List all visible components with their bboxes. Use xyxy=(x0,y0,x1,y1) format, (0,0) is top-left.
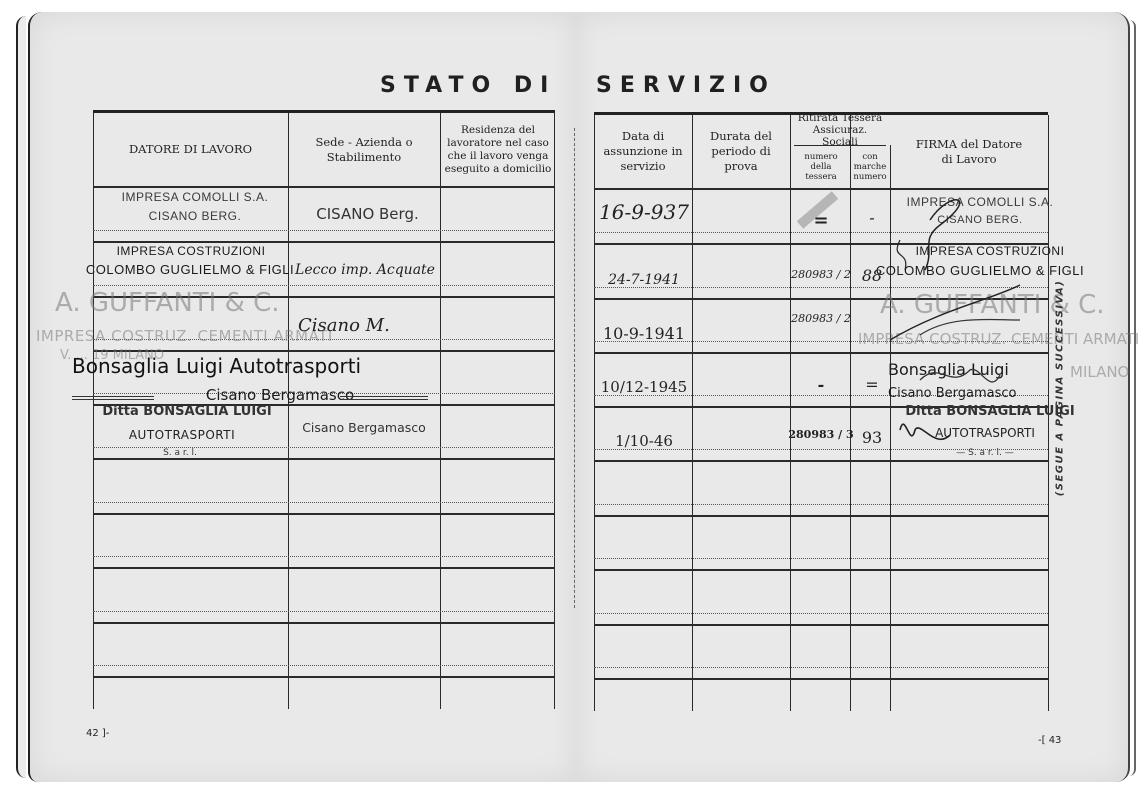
row-dotted-line xyxy=(93,611,555,612)
row-dotted-line xyxy=(594,504,1048,505)
row-line xyxy=(93,567,555,569)
card-number-row-5: 280983 / 3 xyxy=(792,428,850,441)
column-divider xyxy=(692,115,693,711)
hire-date-row-4: 10/12-1945 xyxy=(596,378,692,396)
row-line xyxy=(93,186,555,188)
card-number-row-3: 280983 / 2 xyxy=(792,312,850,325)
header-site: Sede - Azienda o Stabilimento xyxy=(293,113,435,186)
page-title-right: SERVIZIO xyxy=(596,73,776,98)
row-line xyxy=(594,515,1048,517)
header-date: Data di assunzione in servizio xyxy=(594,115,692,188)
stamp-rule-right xyxy=(340,396,428,400)
continued-note: (SEGUE A PAGINA SUCCESSIVA) xyxy=(1050,228,1070,548)
site-cisano-m: Cisano M. xyxy=(298,315,438,336)
header-card-number: numero della tessera xyxy=(792,147,850,187)
site-cisano-bergamasco: Cisano Bergamasco xyxy=(284,420,444,435)
row-line xyxy=(594,569,1048,571)
header-residence: Residenza del lavoratore nel caso che il… xyxy=(443,113,553,186)
row-dotted-line xyxy=(93,502,555,503)
row-dotted-line xyxy=(594,613,1048,614)
continued-note-text: (SEGUE A PAGINA SUCCESSIVA) xyxy=(1055,280,1066,497)
employer-stamp-bonsaglia-line1: Bonsaglia Luigi Autotrasporti xyxy=(72,354,452,378)
stamp-rule-left xyxy=(72,396,154,400)
employer-stamp-bonsaglia-line2: Cisano Bergamasco xyxy=(110,386,450,404)
binding-stitches xyxy=(574,128,579,608)
faded-signature-stamp-guffanti-line3: MILANO xyxy=(1070,363,1129,381)
employer-stamp-colombo-line1: IMPRESA COSTRUZIONI xyxy=(96,244,286,258)
hire-date-row-2: 24-7-1941 xyxy=(596,272,692,288)
card-pencil-mark xyxy=(795,190,855,230)
site-lecco-acquate: Lecco imp. Acquate xyxy=(290,262,440,278)
column-divider xyxy=(288,113,289,709)
handwritten-signatures xyxy=(880,180,1050,480)
page-title-left: STATO DI xyxy=(380,73,556,98)
row-line xyxy=(93,458,555,460)
header-employer: DATORE DI LAVORO xyxy=(93,113,288,186)
row-dotted-line xyxy=(93,285,555,286)
row-dotted-line xyxy=(594,667,1048,668)
employer-stamp-comolli-line2: CISANO BERG. xyxy=(120,209,270,223)
column-divider xyxy=(440,113,441,709)
hire-date-row-5: 1/10-46 xyxy=(596,432,692,450)
header-trial: Durata del periodo di prova xyxy=(692,115,790,188)
faded-stamp-guffanti-line2: IMPRESA COSTRUZ. CEMENTI ARMATI xyxy=(36,327,333,345)
employer-stamp-srl: S. a r. l. xyxy=(130,448,230,458)
employer-stamp-colombo-line2: COLOMBO GUGLIELMO & FIGLI xyxy=(90,262,290,277)
header-subdivider xyxy=(794,145,886,146)
row-line xyxy=(93,513,555,515)
table-border xyxy=(594,115,595,711)
column-divider xyxy=(790,115,791,711)
page-number-left: 42 ]- xyxy=(86,728,109,739)
site-cisano-berg: CISANO Berg. xyxy=(295,205,440,223)
row-line xyxy=(594,678,1048,680)
header-card-group: Ritirata Tessera Assicuraz. Sociali xyxy=(790,115,890,145)
employer-stamp-autotrasporti: AUTOTRASPORTI xyxy=(92,428,272,442)
row-line xyxy=(93,622,555,624)
hire-date-row-3: 10-9-1941 xyxy=(596,324,692,343)
page-number-right: -[ 43 xyxy=(1038,735,1061,746)
faded-stamp-guffanti-line1: A. GUFFANTI & C. xyxy=(55,288,280,318)
row-dotted-line xyxy=(93,556,555,557)
card-number-row-4: - xyxy=(792,375,850,394)
table-border xyxy=(554,113,555,709)
row-dotted-line xyxy=(594,558,1048,559)
card-number-row-2: 280983 / 2 xyxy=(792,268,850,281)
header-signature: FIRMA del Datore di Lavoro xyxy=(894,115,1044,188)
hire-date-row-1: 16-9-937 xyxy=(596,200,692,224)
row-dotted-line xyxy=(93,230,555,231)
employer-stamp-comolli-line1: IMPRESA COMOLLI S.A. xyxy=(120,190,270,204)
row-line xyxy=(594,624,1048,626)
row-line xyxy=(93,241,555,243)
row-dotted-line xyxy=(93,665,555,666)
row-line xyxy=(93,676,555,678)
employer-stamp-ditta-bonsaglia: Ditta BONSAGLIA LUIGI xyxy=(92,404,282,419)
